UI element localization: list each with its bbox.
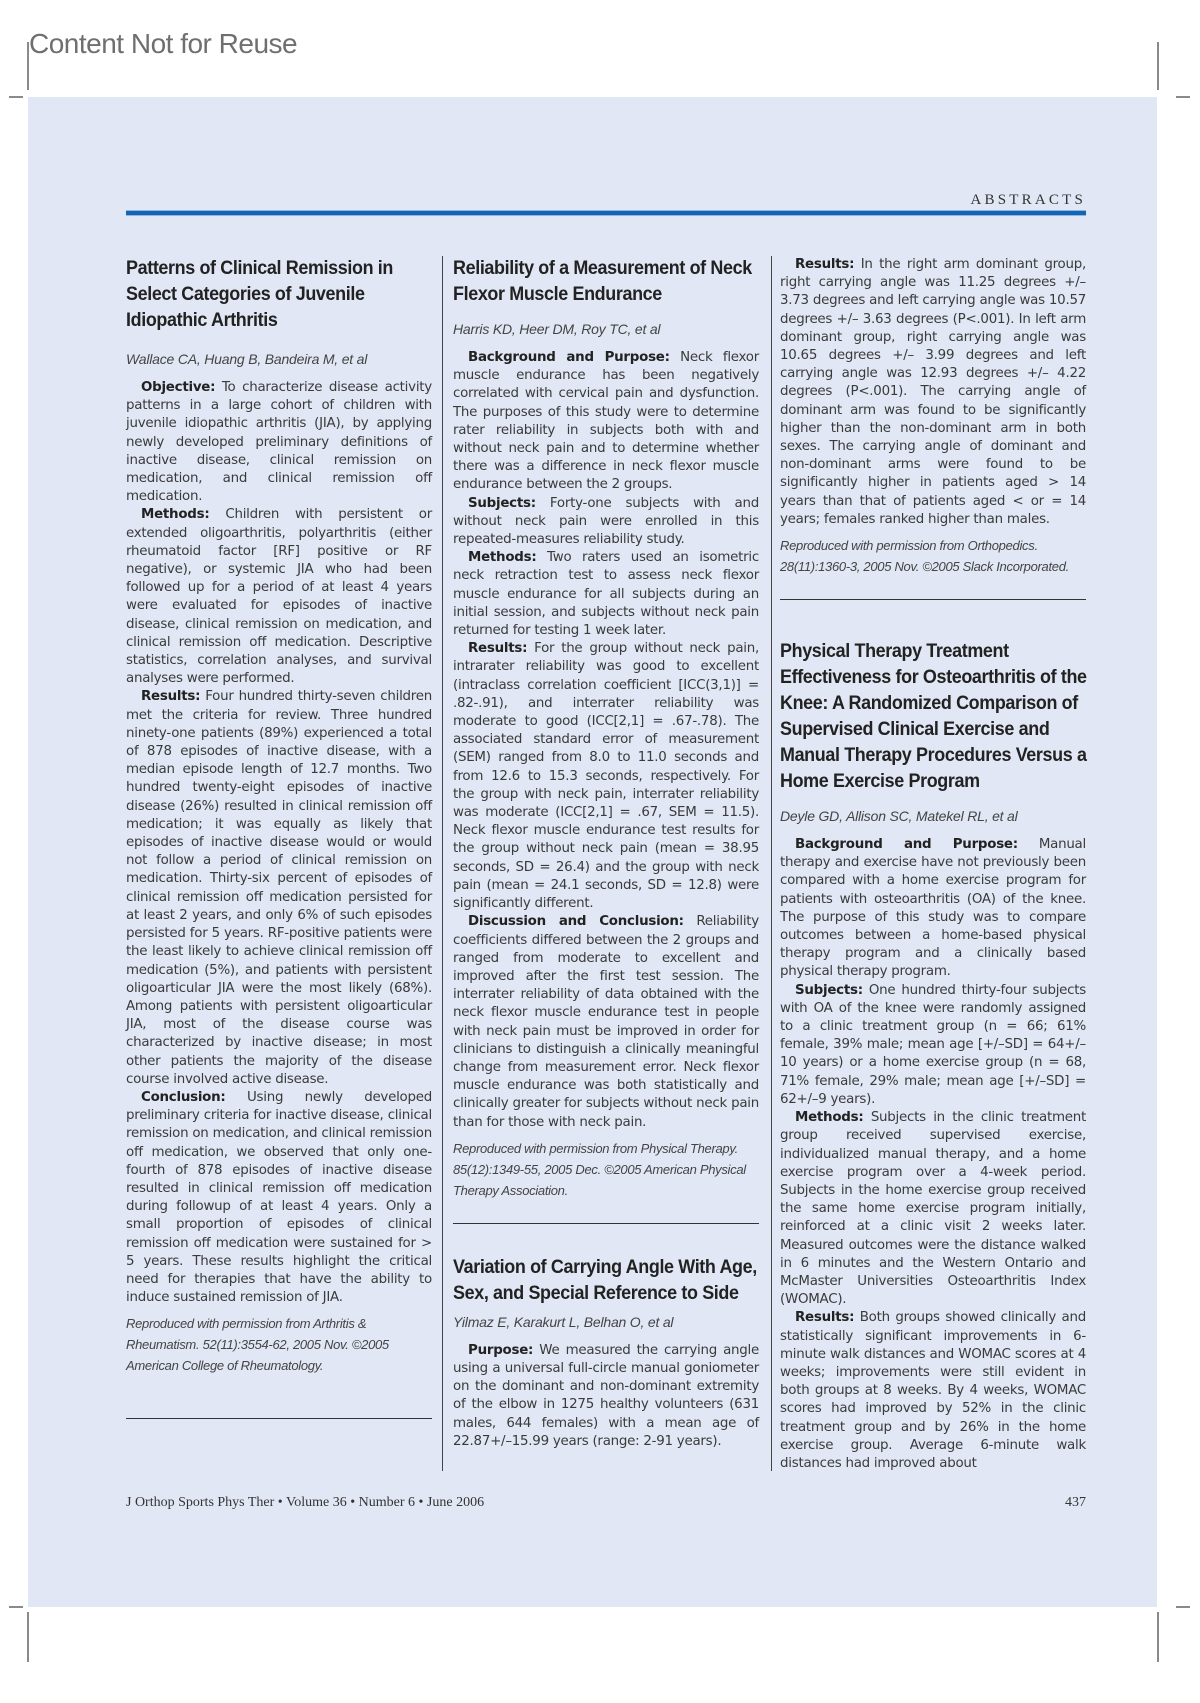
section-label-results: Results: [468,641,527,656]
column-2: Reliability of a Measurement of Neck Fle… [453,250,759,1451]
section-label-methods: Methods: [468,550,536,565]
section-label-background: Background and Purpose: [795,837,1018,852]
abstract-results: Results: For the group without neck pain… [453,640,759,913]
section-label-conclusion: Conclusion: [141,1090,226,1105]
page-number: 437 [1065,1495,1086,1511]
abstract-methods: Methods: Children with persistent or ext… [126,506,432,688]
journal-citation: J Orthop Sports Phys Ther • Volume 36 • … [126,1495,484,1511]
article-end-rule [126,1418,432,1419]
abstract-conclusion: Conclusion: Using newly developed prelim… [126,1089,432,1307]
article-title: Patterns of Clinical Remission in Select… [126,255,434,333]
section-label-results: Results: [795,1310,854,1325]
article-authors: Yilmaz E, Karakurt L, Belhan O, et al [453,1314,759,1330]
section-label-objective: Objective: [141,380,215,395]
crop-mark-top-right-vertical [1157,42,1159,90]
section-label-methods: Methods: [141,507,209,522]
abstract-methods: Methods: Subjects in the clinic treatmen… [780,1109,1086,1309]
section-label-background: Background and Purpose: [468,350,670,365]
article-end-rule [780,599,1086,600]
abstract-results: Results: Four hundred thirty-seven child… [126,688,432,1088]
article-title: Variation of Carrying Angle With Age, Se… [453,1254,761,1306]
abstract-subjects: Subjects: One hundred thirty-four subjec… [780,982,1086,1109]
crop-mark-top-left-horizontal [9,96,23,98]
column-3: Results: In the right arm dominant group… [780,250,1086,1473]
article-authors: Harris KD, Heer DM, Roy TC, et al [453,321,759,337]
abstract-subjects: Subjects: Forty-one subjects with and wi… [453,495,759,550]
abstract-results: Results: Both groups showed clinically a… [780,1309,1086,1473]
abstract-background: Background and Purpose: Manual therapy a… [780,836,1086,982]
abstract-objective: Objective: To characterize disease activ… [126,379,432,506]
crop-mark-bottom-right-vertical [1157,1612,1159,1662]
article-title: Physical Therapy Treatment Effectiveness… [780,638,1088,794]
abstract-purpose: Purpose: We measured the carrying angle … [453,1342,759,1451]
section-label-purpose: Purpose: [468,1343,533,1358]
article-end-rule [453,1223,759,1224]
article-title: Reliability of a Measurement of Neck Fle… [453,255,761,307]
section-label-results: Results: [141,689,200,704]
section-label-subjects: Subjects: [795,983,863,998]
reproduction-notice: Reproduced with permission from Orthoped… [780,535,1086,577]
column-divider-2 [771,256,772,1471]
article-authors: Deyle GD, Allison SC, Matekel RL, et al [780,808,1086,824]
crop-mark-bottom-left-horizontal [9,1606,23,1608]
reproduction-notice: Reproduced with permission from Physical… [453,1138,759,1201]
article-authors: Wallace CA, Huang B, Bandeira M, et al [126,351,432,367]
crop-mark-bottom-right-horizontal [1176,1606,1190,1608]
section-label: ABSTRACTS [971,192,1087,209]
abstract-discussion: Discussion and Conclusion: Reliability c… [453,913,759,1131]
section-label-results: Results: [795,257,854,272]
section-label-subjects: Subjects: [468,496,536,511]
section-label-methods: Methods: [795,1110,863,1125]
header-rule [126,211,1086,215]
column-divider-1 [442,256,443,1471]
crop-mark-bottom-left-vertical [27,1612,29,1662]
reproduction-notice: Reproduced with permission from Arthriti… [126,1313,432,1376]
watermark: Content Not for Reuse [29,28,297,60]
crop-mark-top-right-horizontal [1176,96,1190,98]
abstract-methods: Methods: Two raters used an isometric ne… [453,549,759,640]
column-1: Patterns of Clinical Remission in Select… [126,250,432,1419]
section-label-discussion: Discussion and Conclusion: [468,914,684,929]
abstract-background: Background and Purpose: Neck flexor musc… [453,349,759,495]
abstract-results: Results: In the right arm dominant group… [780,256,1086,529]
